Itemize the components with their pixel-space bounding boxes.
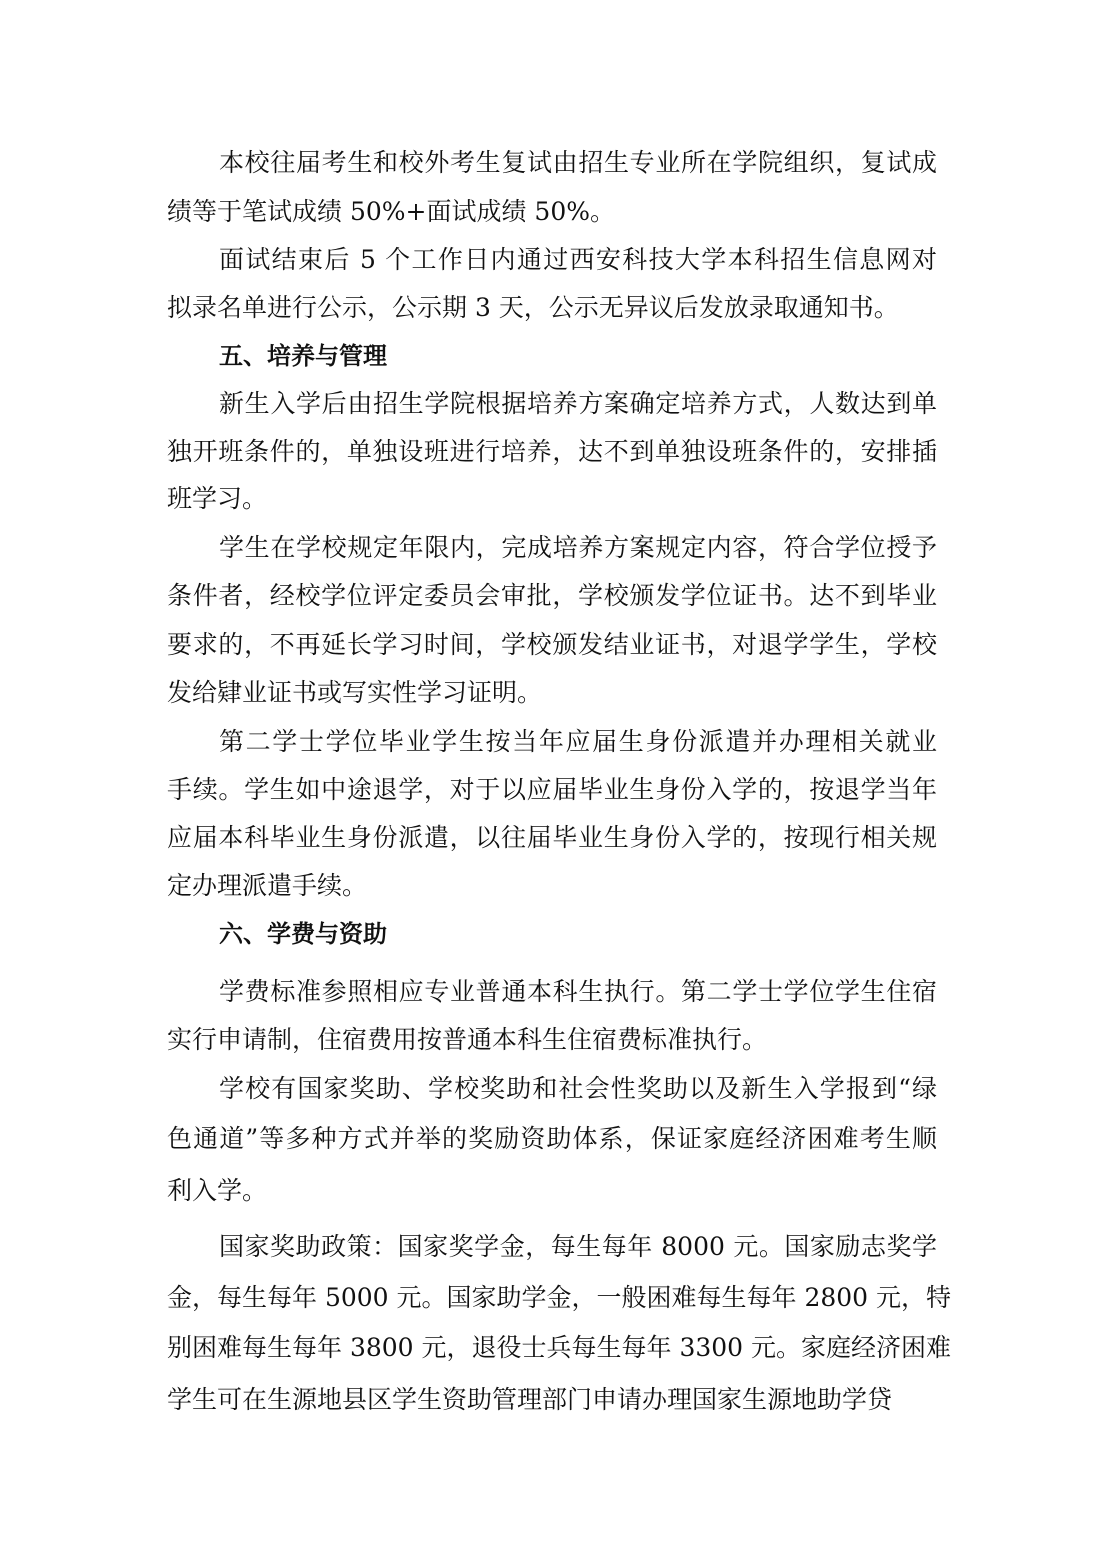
paragraph-line: 金，每生每年 5000 元。国家助学金，一般困难每生每年 2800 元，特 (167, 1283, 937, 1313)
paragraph-line: 独开班条件的，单独设班进行培养，达不到单独设班条件的，安排插 (167, 437, 937, 467)
paragraph-line: 本校往届考生和校外考生复试由招生专业所在学院组织，复试成 (219, 148, 937, 178)
paragraph-line: 学校有国家奖助、学校奖助和社会性奖助以及新生入学报到“绿 (219, 1074, 937, 1104)
paragraph-line: 班学习。 (167, 484, 937, 514)
paragraph-line: 发给肄业证书或写实性学习证明。 (167, 678, 937, 708)
paragraph-line: 手续。学生如中途退学，对于以应届毕业生身份入学的，按退学当年 (167, 775, 937, 805)
document-page: 本校往届考生和校外考生复试由招生专业所在学院组织，复试成 绩等于笔试成绩 50%… (0, 0, 1102, 1559)
paragraph-line: 条件者，经校学位评定委员会审批，学校颁发学位证书。达不到毕业 (167, 581, 937, 611)
paragraph-line: 新生入学后由招生学院根据培养方案确定培养方式，人数达到单 (219, 389, 937, 419)
paragraph-line: 面试结束后 5 个工作日内通过西安科技大学本科招生信息网对 (219, 245, 937, 275)
paragraph-line: 国家奖助政策：国家奖学金，每生每年 8000 元。国家励志奖学 (219, 1232, 937, 1262)
paragraph-line: 绩等于笔试成绩 50%+面试成绩 50%。 (167, 197, 937, 227)
paragraph-line: 学生在学校规定年限内，完成培养方案规定内容，符合学位授予 (219, 533, 937, 563)
paragraph-line: 别困难每生每年 3800 元，退役士兵每生每年 3300 元。家庭经济困难 (167, 1333, 937, 1363)
paragraph-line: 色通道”等多种方式并举的奖励资助体系，保证家庭经济困难考生顺 (167, 1124, 937, 1154)
section-heading-tuition-aid: 六、学费与资助 (219, 919, 387, 949)
paragraph-line: 利入学。 (167, 1176, 937, 1206)
paragraph-line: 实行申请制，住宿费用按普通本科生住宿费标准执行。 (167, 1025, 937, 1055)
paragraph-line: 应届本科毕业生身份派遣，以往届毕业生身份入学的，按现行相关规 (167, 823, 937, 853)
section-heading-training-management: 五、培养与管理 (219, 341, 387, 371)
paragraph-line: 拟录名单进行公示，公示期 3 天，公示无异议后发放录取通知书。 (167, 293, 937, 323)
paragraph-line: 学费标准参照相应专业普通本科生执行。第二学士学位学生住宿 (219, 977, 937, 1007)
paragraph-line: 学生可在生源地县区学生资助管理部门申请办理国家生源地助学贷 (167, 1385, 937, 1415)
paragraph-line: 要求的，不再延长学习时间，学校颁发结业证书，对退学学生，学校 (167, 630, 937, 660)
paragraph-line: 定办理派遣手续。 (167, 871, 937, 901)
paragraph-line: 第二学士学位毕业学生按当年应届生身份派遣并办理相关就业 (219, 727, 937, 757)
